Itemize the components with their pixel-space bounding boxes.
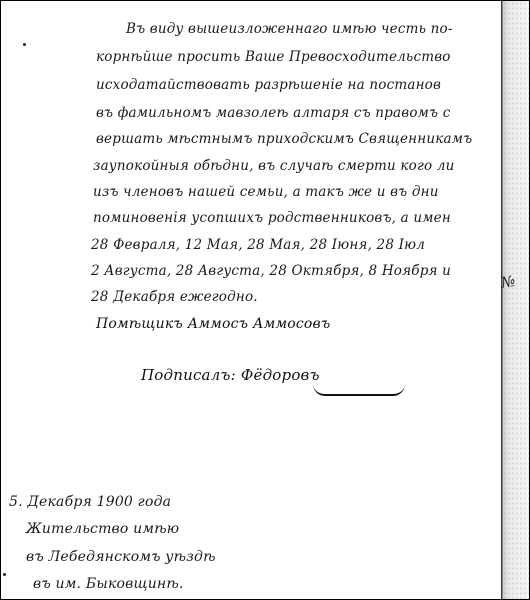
- body-line-9: 28 Февраля, 12 Мая, 28 Мая, 28 Іюня, 28 …: [91, 237, 425, 253]
- body-line-8: поминовенія усопшихъ родственниковъ, а и…: [93, 210, 451, 226]
- binding-texture: [503, 1, 529, 600]
- body-line-10: 2 Августа, 28 Августа, 28 Октября, 8 Ноя…: [91, 263, 451, 279]
- body-line-1: Въ виду вышеизложеннаго имѣю честь по-: [126, 21, 453, 37]
- residence-line-1: Жительство имѣю: [26, 521, 179, 537]
- residence-line-3: въ им. Быковщинѣ.: [33, 576, 184, 592]
- body-line-2: корнѣйше просить Ваше Превосходительство: [96, 49, 451, 65]
- body-line-4: въ фамильномъ мавзолеѣ алтаря съ правомъ…: [96, 105, 451, 121]
- signature-line-landowner: Помѣщикъ Аммосъ Аммосовъ: [96, 316, 330, 332]
- signature-flourish: [313, 384, 405, 396]
- body-line-5: вершать мѣстнымъ приходскимъ Священникам…: [96, 131, 472, 147]
- body-line-6: заупокойныя обѣдни, въ случаѣ смерти ког…: [93, 158, 455, 174]
- margin-mark: №: [500, 272, 517, 292]
- ink-spot: [3, 573, 6, 576]
- body-line-11: 28 Декабря ежегодно.: [91, 289, 258, 305]
- ink-spot: [23, 43, 26, 46]
- residence-line-2: въ Лебедянскомъ уѣздѣ: [26, 549, 216, 565]
- date-line: 5. Декабря 1900 года: [9, 494, 171, 510]
- document-page: Въ виду вышеизложеннаго имѣю честь по- к…: [0, 0, 530, 600]
- body-line-3: исходатайствовать разрѣшеніе на постанов: [96, 77, 441, 93]
- signature-line-signed: Подписалъ: Фёдоровъ: [141, 366, 320, 384]
- body-line-7: изъ членовъ нашей семьи, а такъ же и въ …: [93, 184, 439, 200]
